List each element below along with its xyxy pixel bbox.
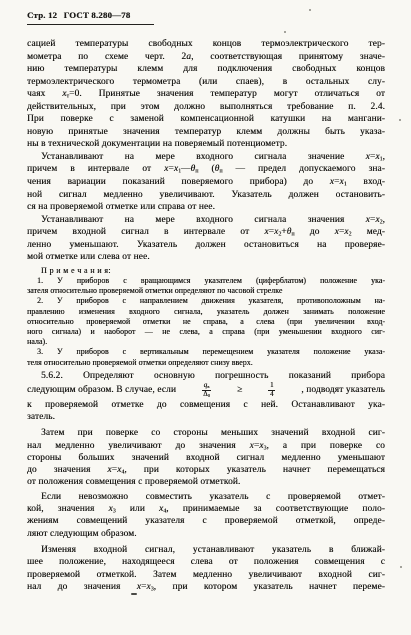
scan-dash-artifact (131, 593, 137, 595)
page-header: Стр. 12 ГОСТ 8.280—78 (27, 10, 130, 20)
text-line: термоэлектрического термометра (или спае… (27, 76, 385, 89)
paragraph-decreasing-signal: Устанавливают на мере входного сигнала з… (27, 214, 385, 264)
text-line: нал до значения x=x3, при котором указат… (27, 581, 385, 593)
scan-speck (400, 566, 402, 568)
paragraph-compensation: сацией температуры свободных концов терм… (27, 38, 385, 151)
text-line: ляют следующим образом. (27, 528, 385, 540)
text-line: причем входной сигнал в интервале от x=x… (27, 226, 385, 239)
text-line: 3. У приборов с вертикальным перемещение… (27, 347, 385, 357)
text-line: мометра по схеме черт. 2а, соответствующ… (27, 51, 385, 64)
fraction-one-fourth: 1 4 (268, 382, 275, 398)
text-block: сацией температуры свободных концов терм… (27, 38, 385, 593)
text-line: чения вариации показаний поверяемого при… (27, 176, 385, 189)
text-line: ленно уменьшают. Указатель должен остано… (27, 239, 385, 252)
greater-equal-sign: ≥ (237, 384, 242, 396)
text-line: При поверке с заменой компенсационной ка… (27, 113, 385, 126)
notes-heading: П р и м е ч а н и я: (27, 266, 385, 276)
text-line: нал медленно увеличивают до значения x=x… (27, 440, 385, 452)
text-line: ной сигнал медленно увеличивают. Указате… (27, 189, 385, 202)
paragraph-impossible-align: Если невозможно совместить указатель с п… (27, 491, 385, 540)
formula-text-before: следующим образом. В случае, если (27, 384, 176, 396)
text-line: стороны больших значений входной сигнал … (27, 452, 385, 464)
text-line: жениям совмещений указателя с проверяемо… (27, 515, 385, 527)
text-line: Затем при поверке со стороны меньших зна… (27, 427, 385, 439)
scan-speck (309, 9, 311, 11)
text-line: мой отметке или слева от нее. (27, 251, 385, 264)
text-line: 2. У приборов с направлением движения ук… (27, 296, 385, 306)
standard-number: ГОСТ 8.280—78 (64, 10, 131, 20)
scan-speck (284, 31, 286, 33)
paragraph-increasing-signal: Устанавливают на мере входного сигнала з… (27, 151, 385, 214)
text-line: чаях xт=0. Принятые значения температур … (27, 88, 385, 101)
text-line: ся на проверяемой отметке или справа от … (27, 201, 385, 214)
text-line: проверяемой отметкой. Затем медленно уве… (27, 569, 385, 581)
text-line: действительных, при этом должно выполнят… (27, 101, 385, 114)
scan-speck (399, 119, 401, 121)
header-underline (27, 24, 154, 25)
text-line: нию температуры клемм для подключения св… (27, 63, 385, 76)
text-line: ного сигнала) и наоборот — не слева, а с… (27, 327, 385, 337)
text-line: новую принятые значения температур клемм… (27, 126, 385, 139)
fraction-denominator: Δ0 (203, 391, 210, 399)
document-page: Стр. 12 ГОСТ 8.280—78 сацией температуры… (0, 0, 411, 635)
section-5-6-2: 5.6.2. Определяют основную погрешность п… (27, 370, 385, 423)
text-line: теля относительно проверяемой отметки оп… (27, 358, 385, 368)
text-line: к проверяемой отметке до совмещения с не… (27, 399, 385, 411)
text-line: зателя относительно проверяемой отметки … (27, 286, 385, 296)
text-line: причем в интервале от x=x1—θп (θп — пред… (27, 163, 385, 176)
text-line: 1. У приборов с вращающимся указателем (… (27, 276, 385, 286)
text-line: Изменяя входной сигнал, устанавливают ук… (27, 544, 385, 556)
text-line: сацией температуры свободных концов терм… (27, 38, 385, 51)
fraction-q-over-delta: qв Δ0 (202, 382, 211, 398)
text-line: ны в технической документации на поверяе… (27, 138, 385, 151)
text-line: относительно проверяемой отметки не спра… (27, 317, 385, 327)
fraction-denominator: 4 (270, 391, 274, 399)
text-line: кой, значения x3 или x4, принимаемые за … (27, 503, 385, 515)
text-line: Устанавливают на мере входного сигнала з… (27, 151, 385, 164)
text-line: затель. (27, 411, 385, 423)
text-line: Если невозможно совместить указатель с п… (27, 491, 385, 503)
text-line: шее положение, находящееся слева от поло… (27, 556, 385, 568)
notes-section: П р и м е ч а н и я: 1. У приборов с вра… (27, 266, 385, 368)
section-number-line: 5.6.2. Определяют основную погрешность п… (27, 370, 385, 382)
text-line: Устанавливают на мере входного сигнала з… (27, 214, 385, 227)
text-line: от положения совмещения с проверяемой от… (27, 476, 385, 488)
text-line: правлению изменения входного сигнала, ук… (27, 307, 385, 317)
page-number: Стр. 12 (27, 10, 57, 20)
text-line: нала). (27, 337, 385, 347)
formula-text-after: , подводят указатель (301, 384, 385, 396)
formula-line: следующим образом. В случае, если qв Δ0 … (27, 382, 385, 399)
paragraph-changing-signal: Изменяя входной сигнал, устанавливают ук… (27, 544, 385, 593)
text-line: до значения x=x4, при которых указатель … (27, 464, 385, 476)
paragraph-x3-x4: Затем при поверке со стороны меньших зна… (27, 427, 385, 488)
